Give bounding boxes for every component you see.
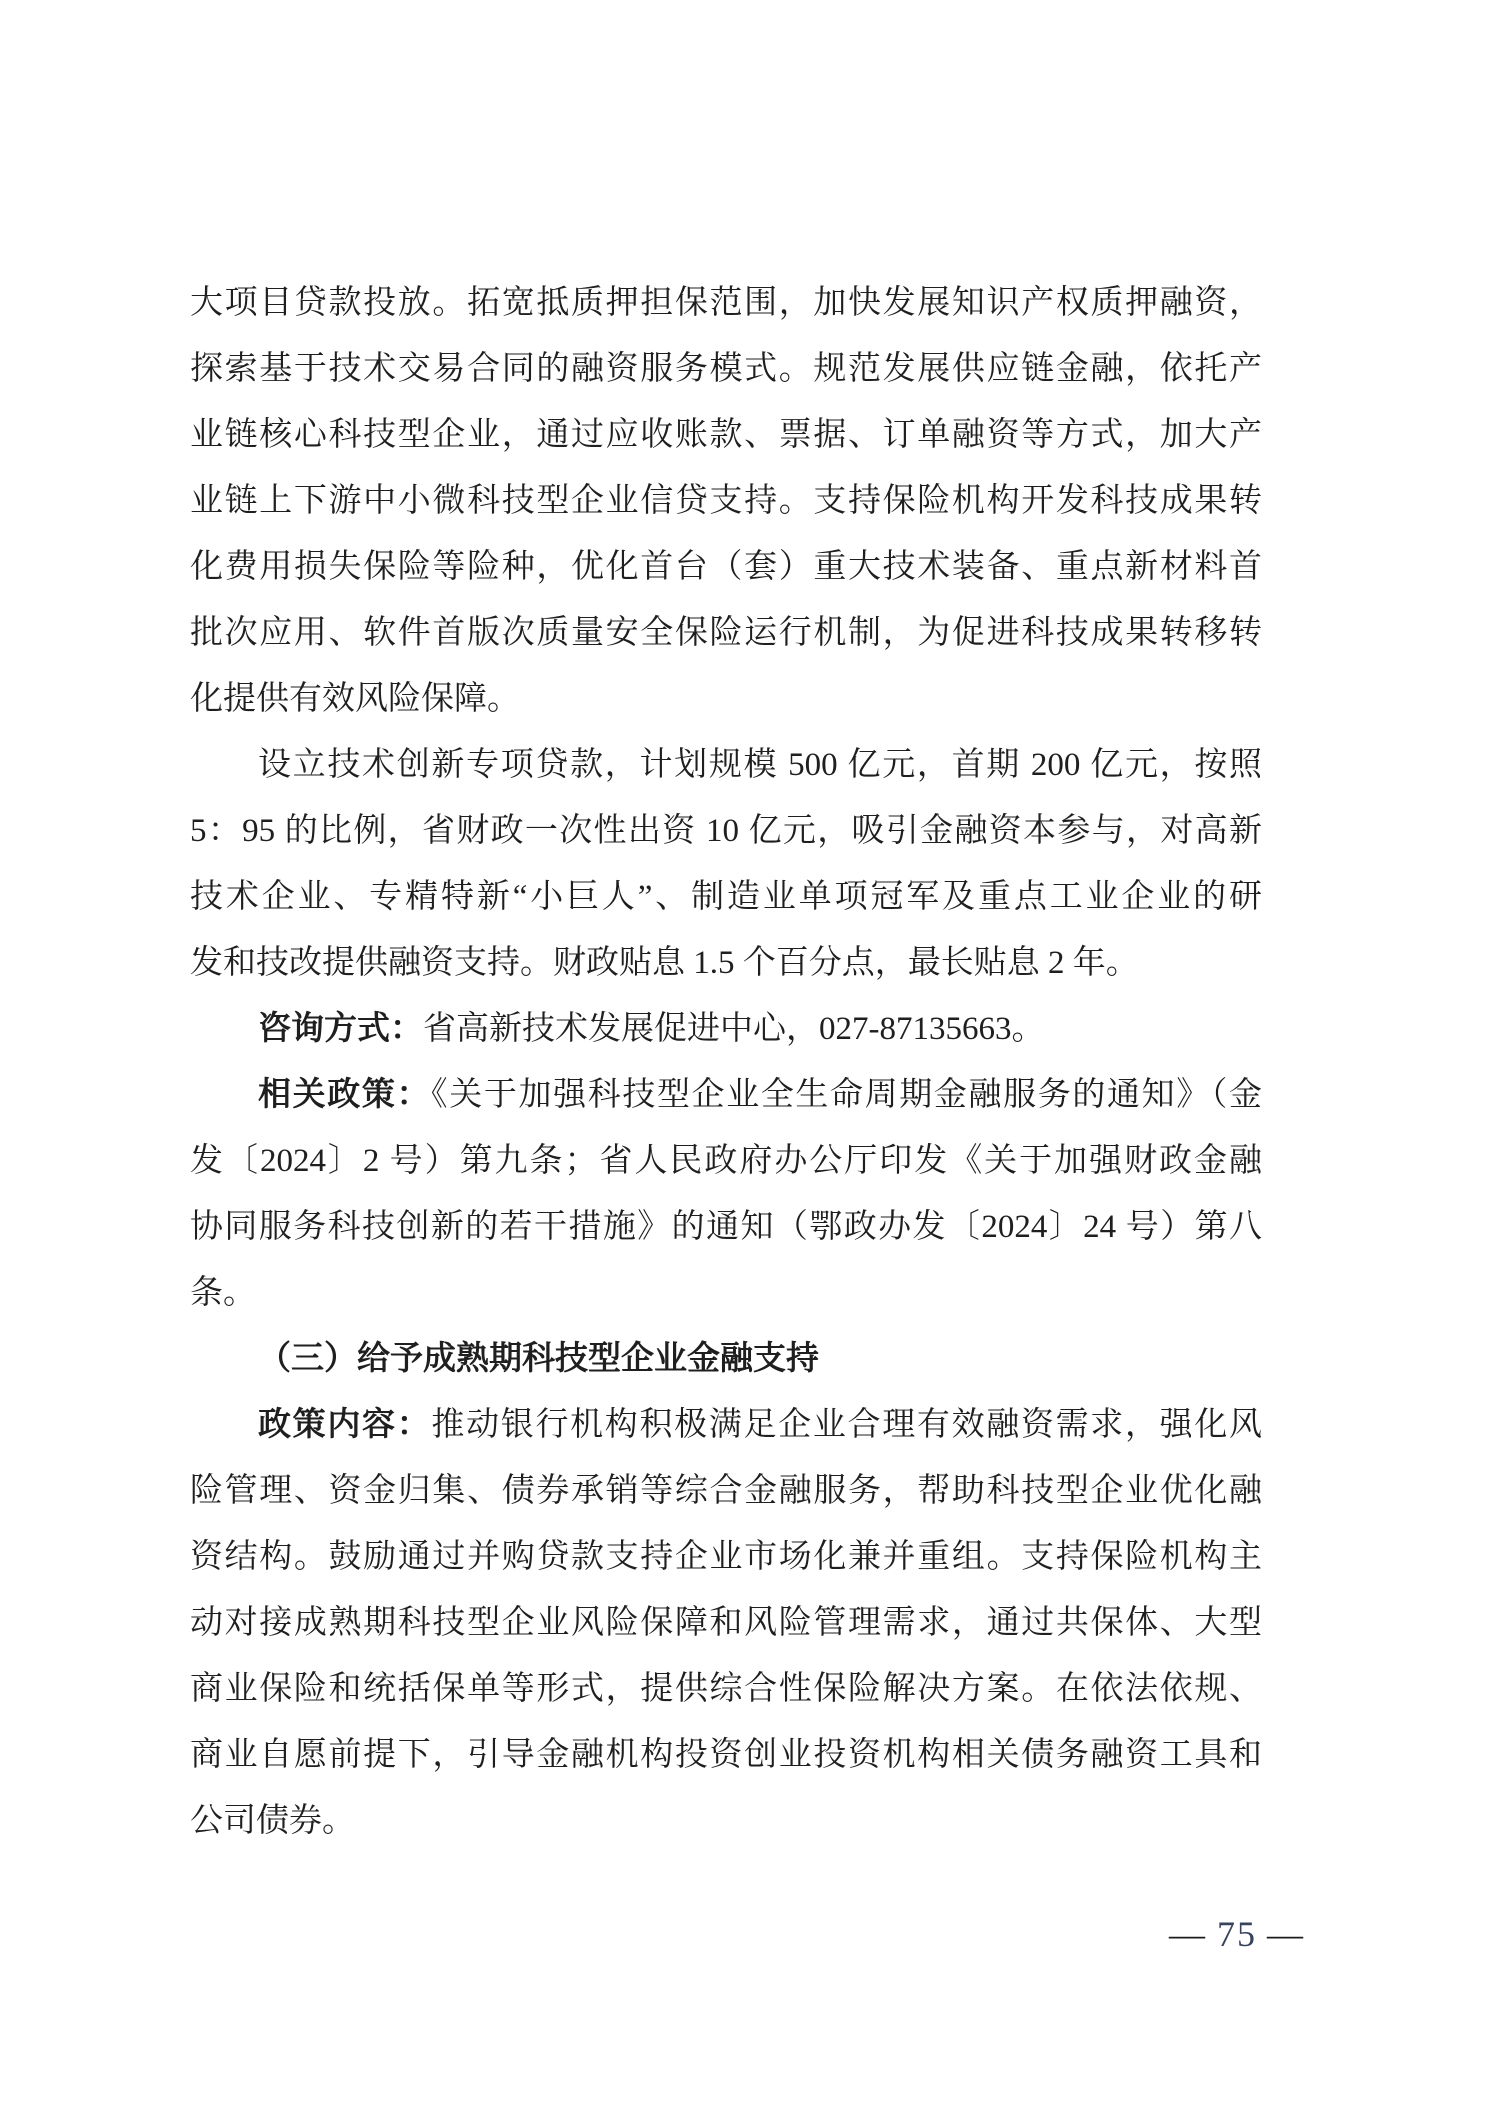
body-text-line: 资结构。鼓励通过并购贷款支持企业市场化兼并重组。支持保险机构主: [190, 1524, 1262, 1590]
policy-content-line: 政策内容：推动银行机构积极满足企业合理有效融资需求，强化风: [190, 1392, 1262, 1458]
body-text-line: 商业自愿前提下，引导金融机构投资创业投资机构相关债务融资工具和: [190, 1722, 1262, 1788]
footer-dash-right: —: [1267, 1914, 1305, 1954]
body-text-line: 技术企业、专精特新“小巨人”、制造业单项冠军及重点工业企业的研: [190, 864, 1262, 930]
body-text-line: 设立技术创新专项贷款，计划规模 500 亿元，首期 200 亿元，按照: [190, 732, 1262, 798]
subsection-heading: （三）给予成熟期科技型企业金融支持: [190, 1326, 1262, 1392]
body-text-line: 大项目贷款投放。拓宽抵质押担保范围，加快发展知识产权质押融资，: [190, 270, 1262, 336]
page-footer: —75—: [1169, 1912, 1305, 1956]
body-text-line: 业链上下游中小微科技型企业信贷支持。支持保险机构开发科技成果转: [190, 468, 1262, 534]
body-text-line: 探索基于技术交易合同的融资服务模式。规范发展供应链金融，依托产: [190, 336, 1262, 402]
body-text-line: 条。: [190, 1260, 1262, 1326]
body-text-line: 批次应用、软件首版次质量安全保险运行机制，为促进科技成果转移转: [190, 600, 1262, 666]
body-text-line: 公司债券。: [190, 1788, 1262, 1854]
body-text-line: 发〔2024〕2 号）第九条；省人民政府办公厅印发《关于加强财政金融: [190, 1128, 1262, 1194]
body-text-line: 5：95 的比例，省财政一次性出资 10 亿元，吸引金融资本参与，对高新: [190, 798, 1262, 864]
scanned-document-page: { "page": { "background": "#ffffff", "te…: [0, 0, 1486, 2103]
document-lines: 大项目贷款投放。拓宽抵质押担保范围，加快发展知识产权质押融资，探索基于技术交易合…: [190, 270, 1262, 1854]
body-text-line: 协同服务科技创新的若干措施》的通知（鄂政办发〔2024〕24 号）第八: [190, 1194, 1262, 1260]
page-number: 75: [1207, 1914, 1267, 1954]
body-text-line: 化费用损失保险等险种，优化首台（套）重大技术装备、重点新材料首: [190, 534, 1262, 600]
body-text-line: 化提供有效风险保障。: [190, 666, 1262, 732]
related-policy-line: 相关政策：《关于加强科技型企业全生命周期金融服务的通知》（金: [190, 1062, 1262, 1128]
body-text-line: 商业保险和统括保单等形式，提供综合性保险解决方案。在依法依规、: [190, 1656, 1262, 1722]
body-text-line: 险管理、资金归集、债券承销等综合金融服务，帮助科技型企业优化融: [190, 1458, 1262, 1524]
body-text-line: 业链核心科技型企业，通过应收账款、票据、订单融资等方式，加大产: [190, 402, 1262, 468]
body-text-line: 动对接成熟期科技型企业风险保障和风险管理需求，通过共保体、大型: [190, 1590, 1262, 1656]
contact-method-line: 咨询方式：省高新技术发展促进中心，027-87135663。: [190, 996, 1262, 1062]
footer-dash-left: —: [1169, 1914, 1207, 1954]
body-text-line: 发和技改提供融资支持。财政贴息 1.5 个百分点，最长贴息 2 年。: [190, 930, 1262, 996]
